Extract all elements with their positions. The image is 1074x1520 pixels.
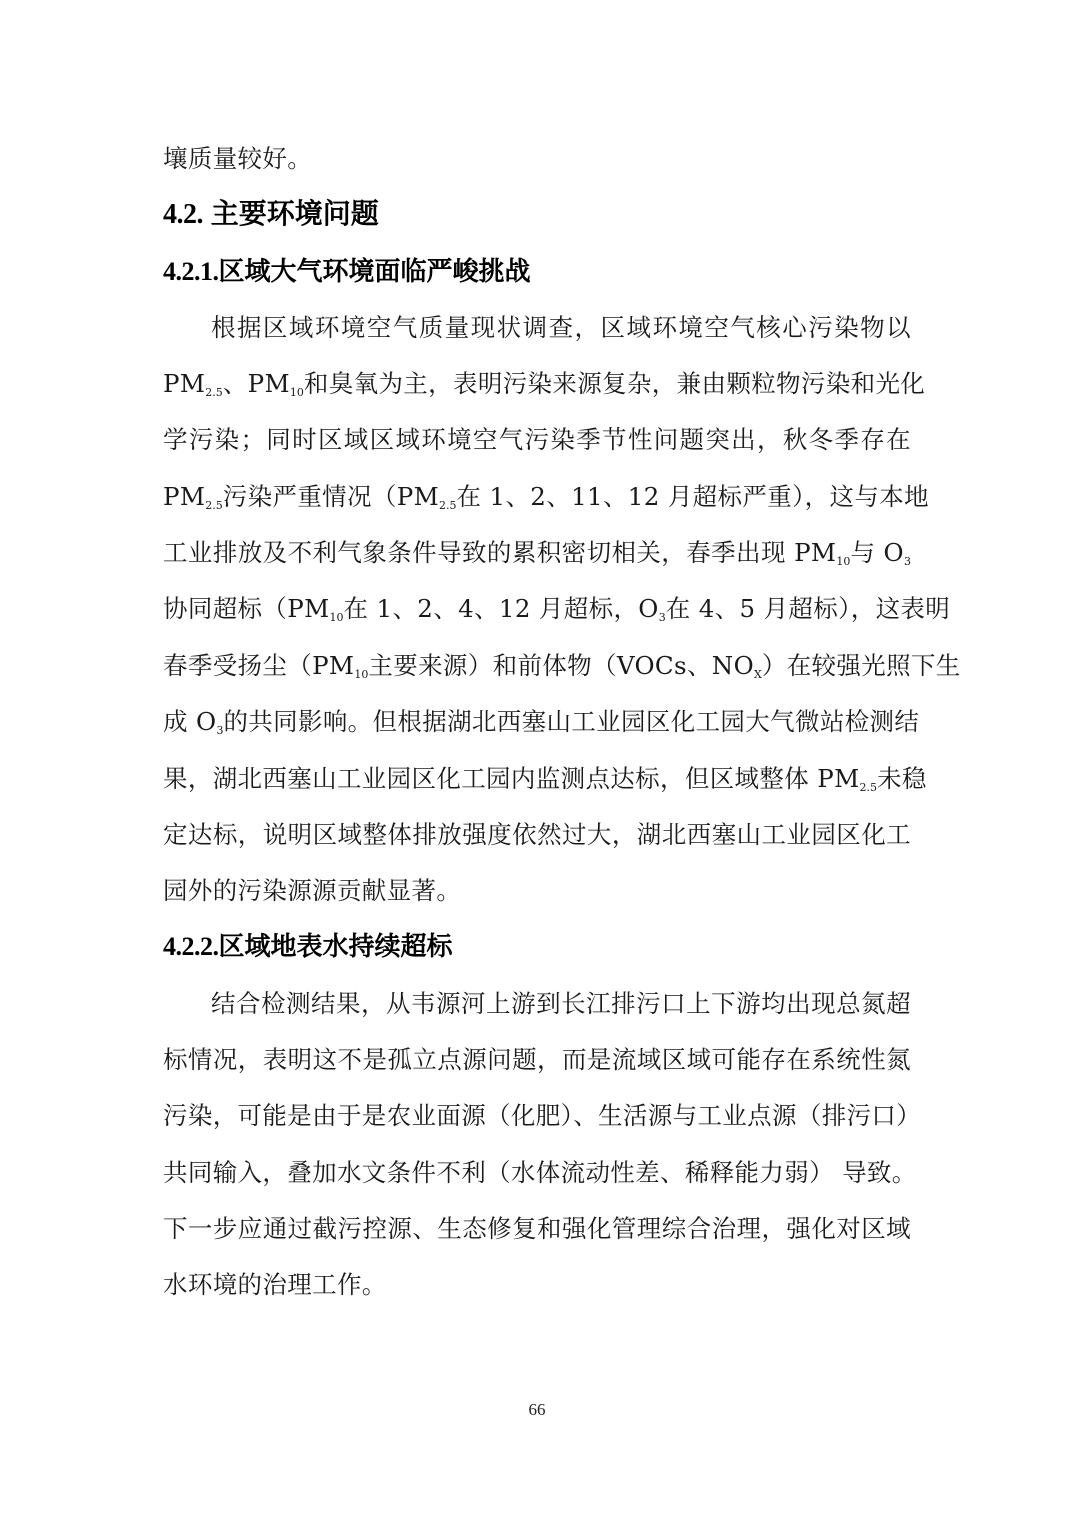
subsection-heading: 4.2.1.区域大气环境面临严峻挑战	[163, 254, 531, 289]
subscript: 10	[330, 611, 344, 624]
body-text-line: 壤质量较好。	[163, 142, 911, 176]
subscript: 10	[354, 668, 368, 681]
subsection-heading: 4.2.2.区域地表水持续超标	[163, 929, 453, 964]
heading-title: 区域大气环境面临严峻挑战	[219, 256, 531, 286]
heading-number: 4.2.1.	[163, 257, 219, 286]
heading-number: 4.2.2.	[163, 932, 219, 961]
body-text-line: 成 O3的共同影响。但根据湖北西塞山工业园区化工园大气微站检测结	[163, 705, 911, 739]
page-number: 66	[0, 1400, 1074, 1420]
subscript: X	[754, 668, 762, 681]
subscript: 2.5	[205, 499, 223, 512]
body-text-line: 定达标，说明区域整体排放强度依然过大，湖北西塞山工业园区化工	[163, 818, 911, 852]
body-text-line: PM2.5污染严重情况（PM2.5在 1、2、11、12 月超标严重），这与本地	[163, 480, 911, 514]
body-text-line: 园外的污染源源贡献显著。	[163, 874, 911, 908]
heading-number: 4.2.	[163, 199, 203, 230]
body-text-line: 水环境的治理工作。	[163, 1268, 911, 1302]
heading-title: 主要环境问题	[203, 198, 379, 229]
body-text-line: PM2.5、PM10和臭氧为主，表明污染来源复杂，兼由颗粒物污染和光化	[163, 367, 911, 401]
subscript: 2.5	[439, 499, 457, 512]
body-text-line: 标情况，表明这不是孤立点源问题，而是流域区域可能存在系统性氮	[163, 1043, 911, 1077]
body-text-line: 共同输入，叠加水文条件不利（水体流动性差、稀释能力弱） 导致。	[163, 1156, 911, 1190]
body-text-line: 春季受扬尘（PM10主要来源）和前体物（VOCs、NOX）在较强光照下生	[163, 649, 911, 683]
section-heading: 4.2. 主要环境问题	[163, 196, 379, 233]
subscript: 2.5	[205, 386, 223, 399]
body-text-line: 下一步应通过截污控源、生态修复和强化管理综合治理，强化对区域	[163, 1212, 911, 1246]
body-text-line: 学污染；同时区域区域环境空气污染季节性问题突出，秋冬季存在	[163, 423, 911, 457]
subscript: 2.5	[860, 781, 878, 794]
body-text-line: 根据区域环境空气质量现状调查，区域环境空气核心污染物以	[163, 311, 911, 345]
body-text-line: 工业排放及不利气象条件导致的累积密切相关，春季出现 PM10与 O3	[163, 536, 911, 570]
subscript: 3	[659, 611, 666, 624]
body-text-line: 污染，可能是由于是农业面源（化肥）、生活源与工业点源（排污口）	[163, 1099, 911, 1133]
subscript: 10	[290, 386, 304, 399]
subscript: 3	[216, 724, 223, 737]
subscript: 3	[904, 555, 911, 568]
body-text-line: 果，湖北西塞山工业园区化工园内监测点达标，但区域整体 PM2.5未稳	[163, 762, 911, 796]
body-text-line: 协同超标（PM10在 1、2、4、12 月超标，O3在 4、5 月超标），这表明	[163, 592, 911, 626]
subscript: 10	[836, 555, 850, 568]
body-text-line: 结合检测结果，从韦源河上游到长江排污口上下游均出现总氮超	[163, 987, 911, 1021]
heading-title: 区域地表水持续超标	[219, 931, 453, 961]
document-page: 壤质量较好。4.2. 主要环境问题4.2.1.区域大气环境面临严峻挑战根据区域环…	[0, 0, 1074, 1520]
